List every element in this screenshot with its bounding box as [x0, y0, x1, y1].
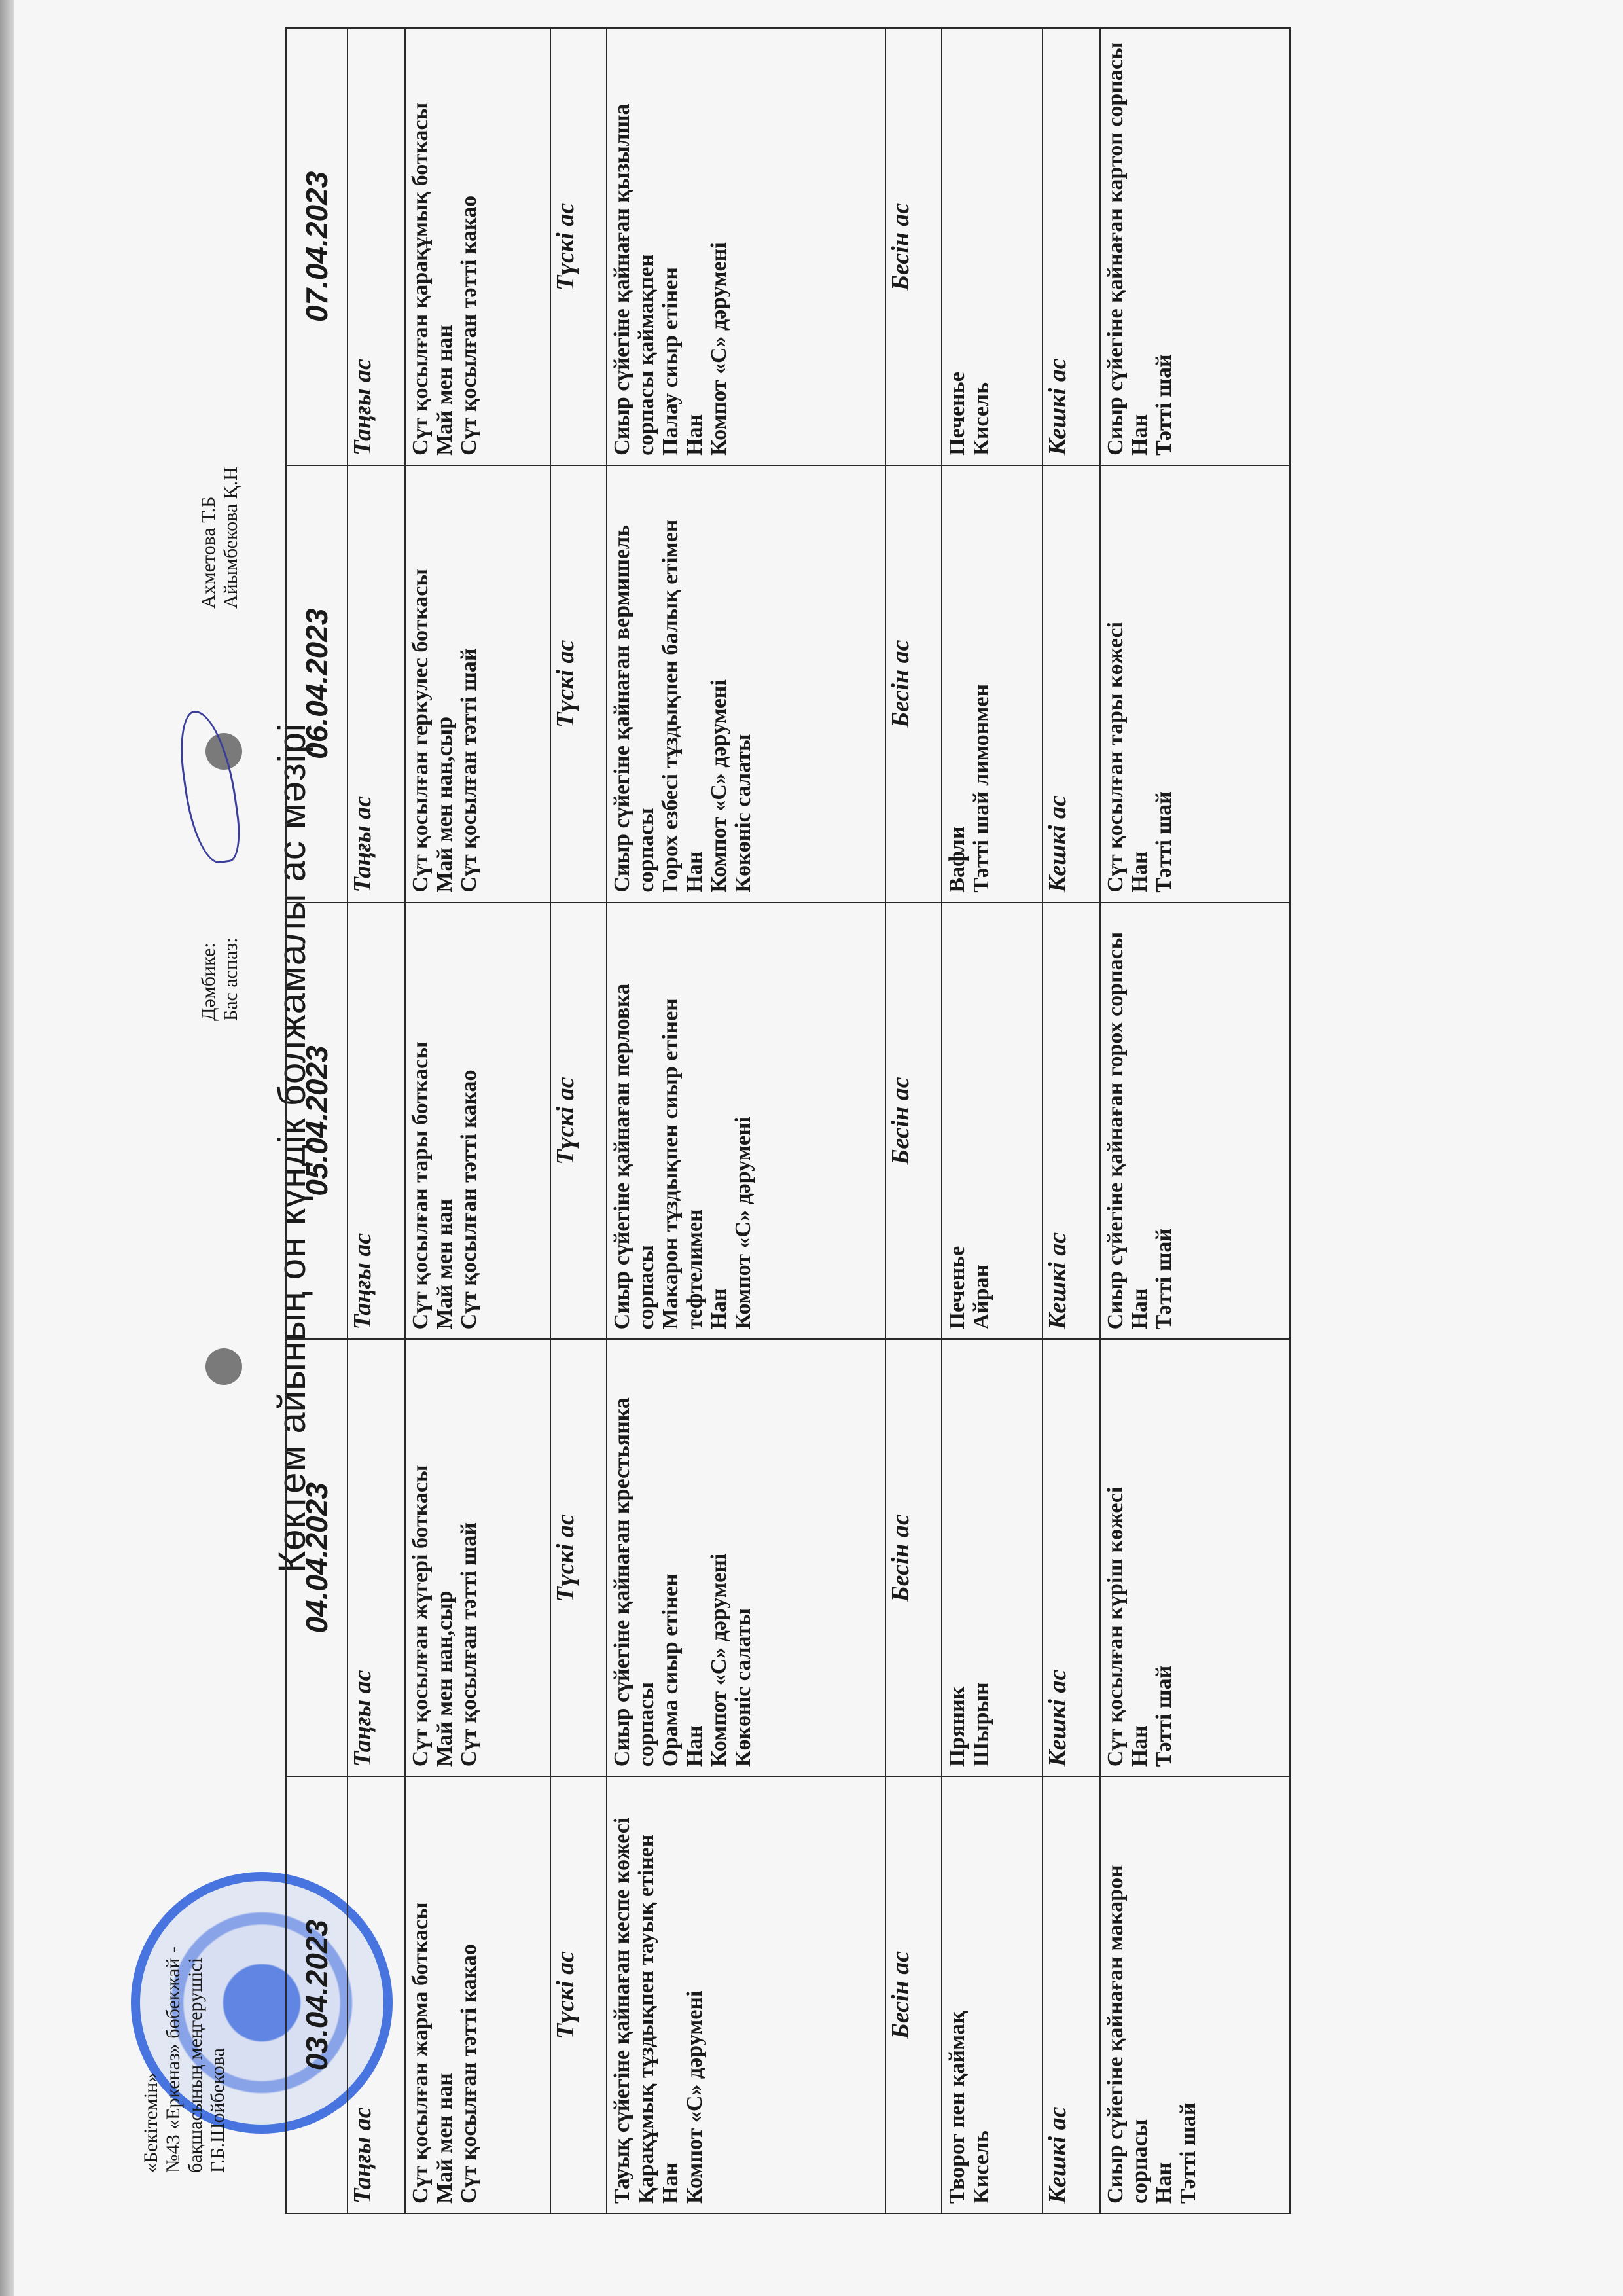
dishes-cell: Тауық сүйегіне қайнаған кеспе көжесіҚара…: [607, 1776, 885, 2214]
date-header: 03.04.2023: [286, 1776, 348, 2214]
meal-label-cell: Таңғы ас: [348, 28, 405, 465]
dish-item: Май мен нан: [433, 1786, 457, 2204]
meal-label-cell: Түскі ас: [550, 465, 607, 903]
dish-item: Компот «С» дәрумені: [683, 1786, 707, 2204]
dish-item: Сүт қосылған тәтті шай: [457, 475, 481, 893]
dish-item: Тәтті шай: [1152, 1349, 1176, 1767]
punch-hole-icon: [205, 1348, 242, 1385]
meal-label-lunch: Түскі ас: [554, 38, 578, 456]
dish-item: Көкөніс салаты: [731, 1349, 755, 1767]
scanned-page: «Бекітемін» №43 «Еркеназ» бөбекжай - бақ…: [0, 0, 1623, 2296]
dish-item: Тәтті шай: [1176, 1786, 1200, 2204]
dish-item: Сиыр сүйегіне қайнаған картоп сорпасы: [1103, 38, 1128, 456]
dish-item: Май мен нан: [433, 38, 457, 456]
dish-item: Көкөніс салаты: [731, 475, 755, 893]
dishes-cell: Творог пен қаймақКисель: [942, 1776, 1043, 2214]
dish-item: Сиыр сүйегіне қайнаған крестьянка сорпас…: [610, 1349, 658, 1767]
signature-row: Дәмбике: Ахметова Т.Б: [198, 105, 220, 1021]
date-header: 06.04.2023: [286, 465, 348, 903]
dish-item: Тауық сүйегіне қайнаған кеспе көжесі: [610, 1786, 634, 2204]
dish-item: Нан: [1152, 1786, 1176, 2204]
dish-item: Сүт қосылған тары боткасы: [408, 912, 433, 1330]
date-header: 05.04.2023: [286, 903, 348, 1340]
dish-item: Сиыр сүйегіне қайнаған қызылша сорпасы қ…: [610, 38, 658, 456]
signature-role: Дәмбике:: [198, 897, 220, 1021]
dish-item: Компот «С» дәрумені: [731, 912, 755, 1330]
meal-label-row: Таңғы асТаңғы асТаңғы асТаңғы асТаңғы ас: [348, 28, 405, 2214]
signature-name: Ахметова Т.Б: [198, 497, 220, 609]
dishes-cell: ВафлиТәтті шай лимонмен: [942, 465, 1043, 903]
dish-item: Кисель: [969, 38, 993, 456]
dish-item: Тәтті шай: [1152, 38, 1176, 456]
dish-item: Нан: [683, 475, 707, 893]
dishes-cell: Сиыр сүйегіне қайнаған горох сорпасыНанТ…: [1100, 903, 1290, 1340]
meal-label-cell: Кешкі ас: [1043, 28, 1100, 465]
meal-label-cell: Кешкі ас: [1043, 1776, 1100, 2214]
meal-label-row: Бесін асБесін асБесін асБесін асБесін ас: [885, 28, 942, 2214]
dish-item: Нан: [683, 1349, 707, 1767]
menu-table: 03.04.202304.04.202305.04.202306.04.2023…: [285, 27, 1291, 2214]
meal-label-cell: Кешкі ас: [1043, 903, 1100, 1340]
dish-item: Пряник: [945, 1349, 969, 1767]
dish-item: Сүт қосылған жарма боткасы: [408, 1786, 433, 2204]
dish-item: Сүт қосылған тәтті какао: [457, 38, 481, 456]
dish-item: Сиыр сүйегіне қайнаған макарон сорпасы: [1103, 1786, 1152, 2204]
dishes-cell: Сиыр сүйегіне қайнаған қызылша сорпасы қ…: [607, 28, 885, 465]
meal-label-cell: Таңғы ас: [348, 1776, 405, 2214]
meal-label-breakfast: Таңғы ас: [349, 796, 376, 893]
meal-label-lunch: Түскі ас: [554, 1786, 578, 2204]
dish-item: Нан: [683, 38, 707, 456]
meal-label-dinner: Кешкі ас: [1044, 2106, 1071, 2204]
signature-name: Айымбекова Қ.Н: [220, 467, 242, 609]
dish-item: Макарон тұздықпен сиыр етінен тефтелимен: [658, 912, 707, 1330]
dishes-cell: Сүт қосылған геркулес боткасыМай мен нан…: [405, 465, 550, 903]
dishes-cell: ПряникШырын: [942, 1339, 1043, 1776]
dish-item: Вафли: [945, 475, 969, 893]
meal-label-row: Түскі асТүскі асТүскі асТүскі асТүскі ас: [550, 28, 607, 2214]
dish-item: Палау сиыр етінен: [658, 38, 683, 456]
meal-label-snack: Бесін ас: [889, 1349, 913, 1767]
meal-label-lunch: Түскі ас: [554, 912, 578, 1330]
date-header: 07.04.2023: [286, 28, 348, 465]
dish-item: Нан: [1128, 38, 1152, 456]
meal-label-dinner: Кешкі ас: [1044, 1232, 1071, 1330]
dish-item: Орама сиыр етінен: [658, 1349, 683, 1767]
meal-label-cell: Таңғы ас: [348, 465, 405, 903]
meal-label-lunch: Түскі ас: [554, 1349, 578, 1767]
dishes-cell: Сиыр сүйегіне қайнаған картоп сорпасыНан…: [1100, 28, 1290, 465]
dish-item: Печенье: [945, 912, 969, 1330]
date-header-row: 03.04.202304.04.202305.04.202306.04.2023…: [286, 28, 348, 2214]
meal-label-cell: Кешкі ас: [1043, 1339, 1100, 1776]
menu-table-wrap: 03.04.202304.04.202305.04.202306.04.2023…: [285, 27, 1291, 2214]
meal-label-snack: Бесін ас: [889, 38, 913, 456]
dish-item: Қарақұмық тұздықпен тауық етінен: [634, 1786, 658, 2204]
dish-item: Компот «С» дәрумені: [707, 475, 731, 893]
dish-item: Печенье: [945, 38, 969, 456]
approval-line: Г.Б.Шойбекова: [207, 1833, 229, 2173]
meal-label-cell: Түскі ас: [550, 28, 607, 465]
dish-item: Компот «С» дәрумені: [707, 38, 731, 456]
meal-label-dinner: Кешкі ас: [1044, 358, 1071, 456]
dish-item: Горох езбесі тұздықпен балық етімен: [658, 475, 683, 893]
meal-dishes-row: Сүт қосылған жарма боткасыМай мен нанСүт…: [405, 28, 550, 2214]
dishes-cell: Сүт қосылған тары көжесіНанТәтті шай: [1100, 465, 1290, 903]
meal-label-breakfast: Таңғы ас: [349, 2107, 376, 2204]
dish-item: Сүт қосылған геркулес боткасы: [408, 475, 433, 893]
signature-row: Бас аспаз: Айымбекова Қ.Н: [220, 105, 242, 1021]
meal-label-row: Кешкі асКешкі асКешкі асКешкі асКешкі ас: [1043, 28, 1100, 2214]
meal-label-snack: Бесін ас: [889, 1786, 913, 2204]
dish-item: Сүт қосылған тәтті шай: [457, 1349, 481, 1767]
meal-label-cell: Түскі ас: [550, 1339, 607, 1776]
dish-item: Сүт қосылған жүгері боткасы: [408, 1349, 433, 1767]
meal-label-lunch: Түскі ас: [554, 475, 578, 893]
signature-block: Дәмбике: Ахметова Т.Б Бас аспаз: Айымбек…: [198, 105, 242, 1021]
meal-dishes-row: Тауық сүйегіне қайнаған кеспе көжесіҚара…: [607, 28, 885, 2214]
dish-item: Сүт қосылған тары көжесі: [1103, 475, 1128, 893]
dish-item: Нан: [1128, 912, 1152, 1330]
dish-item: Шырын: [969, 1349, 993, 1767]
dish-item: Сүт қосылған қарақұмық боткасы: [408, 38, 433, 456]
meal-label-cell: Таңғы ас: [348, 903, 405, 1340]
approval-line: «Бекітемін»: [140, 1833, 162, 2173]
meal-label-cell: Бесін ас: [885, 903, 942, 1340]
dish-item: Сүт қосылған тәтті какао: [457, 912, 481, 1330]
approval-block: «Бекітемін» №43 «Еркеназ» бөбекжай - бақ…: [140, 1833, 229, 2173]
dish-item: Творог пен қаймақ: [945, 1786, 969, 2204]
dish-item: Тәтті шай лимонмен: [969, 475, 993, 893]
signature-space: [220, 622, 242, 884]
dish-item: Май мен нан,сыр: [433, 475, 457, 893]
meal-label-cell: Таңғы ас: [348, 1339, 405, 1776]
meal-dishes-row: Творог пен қаймақКисельПряникШырынПечень…: [942, 28, 1043, 2214]
dishes-cell: Сүт қосылған қарақұмық боткасыМай мен на…: [405, 28, 550, 465]
dishes-cell: Сиыр сүйегіне қайнаған вермишель сорпасы…: [607, 465, 885, 903]
meal-label-cell: Бесін ас: [885, 1776, 942, 2214]
dishes-cell: Сиыр сүйегіне қайнаған крестьянка сорпас…: [607, 1339, 885, 1776]
meal-label-dinner: Кешкі ас: [1044, 1670, 1071, 1767]
dishes-cell: ПеченьеКисель: [942, 28, 1043, 465]
meal-label-cell: Бесін ас: [885, 28, 942, 465]
dishes-cell: Сүт қосылған жүгері боткасыМай мен нан,с…: [405, 1339, 550, 1776]
dish-item: Май мен нан: [433, 912, 457, 1330]
meal-label-cell: Бесін ас: [885, 1339, 942, 1776]
meal-label-cell: Түскі ас: [550, 1776, 607, 2214]
dish-item: Сиыр сүйегіне қайнаған вермишель сорпасы: [610, 475, 658, 893]
dishes-cell: ПеченьеАйран: [942, 903, 1043, 1340]
meal-label-cell: Бесін ас: [885, 465, 942, 903]
dish-item: Май мен нан,сыр: [433, 1349, 457, 1767]
dish-item: Сиыр сүйегіне қайнаған перловка сорпасы: [610, 912, 658, 1330]
meal-label-breakfast: Таңғы ас: [349, 359, 376, 456]
dishes-cell: Сиыр сүйегіне қайнаған перловка сорпасыМ…: [607, 903, 885, 1340]
dishes-cell: Сүт қосылған жарма боткасыМай мен нанСүт…: [405, 1776, 550, 2214]
date-header: 04.04.2023: [286, 1339, 348, 1776]
dish-item: Сүт қосылған тәтті какао: [457, 1786, 481, 2204]
meal-label-cell: Түскі ас: [550, 903, 607, 1340]
meal-label-dinner: Кешкі ас: [1044, 795, 1071, 893]
dishes-cell: Сүт қосылған күріш көжесіНанТәтті шай: [1100, 1339, 1290, 1776]
scan-edge: [0, 0, 14, 2296]
dishes-cell: Сүт қосылған тары боткасыМай мен нанСүт …: [405, 903, 550, 1340]
dish-item: Тәтті шай: [1152, 912, 1176, 1330]
signature-role: Бас аспаз:: [220, 897, 242, 1021]
dish-item: Нан: [1128, 475, 1152, 893]
dish-item: Нан: [707, 912, 731, 1330]
meal-dishes-row: Сиыр сүйегіне қайнаған макарон сорпасыНа…: [1100, 28, 1290, 2214]
dish-item: Компот «С» дәрумені: [707, 1349, 731, 1767]
approval-line: бақшасының меңгерушісі: [185, 1833, 207, 2173]
approval-line: №43 «Еркеназ» бөбекжай -: [162, 1833, 185, 2173]
dish-item: Сүт қосылған күріш көжесі: [1103, 1349, 1128, 1767]
dish-item: Сиыр сүйегіне қайнаған горох сорпасы: [1103, 912, 1128, 1330]
meal-label-snack: Бесін ас: [889, 912, 913, 1330]
dish-item: Айран: [969, 912, 993, 1330]
meal-label-snack: Бесін ас: [889, 475, 913, 893]
meal-label-breakfast: Таңғы ас: [349, 1670, 376, 1767]
handwritten-signature-icon: [198, 622, 220, 884]
dishes-cell: Сиыр сүйегіне қайнаған макарон сорпасыНа…: [1100, 1776, 1290, 2214]
meal-label-breakfast: Таңғы ас: [349, 1233, 376, 1330]
dish-item: Нан: [658, 1786, 683, 2204]
dish-item: Кисель: [969, 1786, 993, 2204]
meal-label-cell: Кешкі ас: [1043, 465, 1100, 903]
dish-item: Нан: [1128, 1349, 1152, 1767]
dish-item: Тәтті шай: [1152, 475, 1176, 893]
